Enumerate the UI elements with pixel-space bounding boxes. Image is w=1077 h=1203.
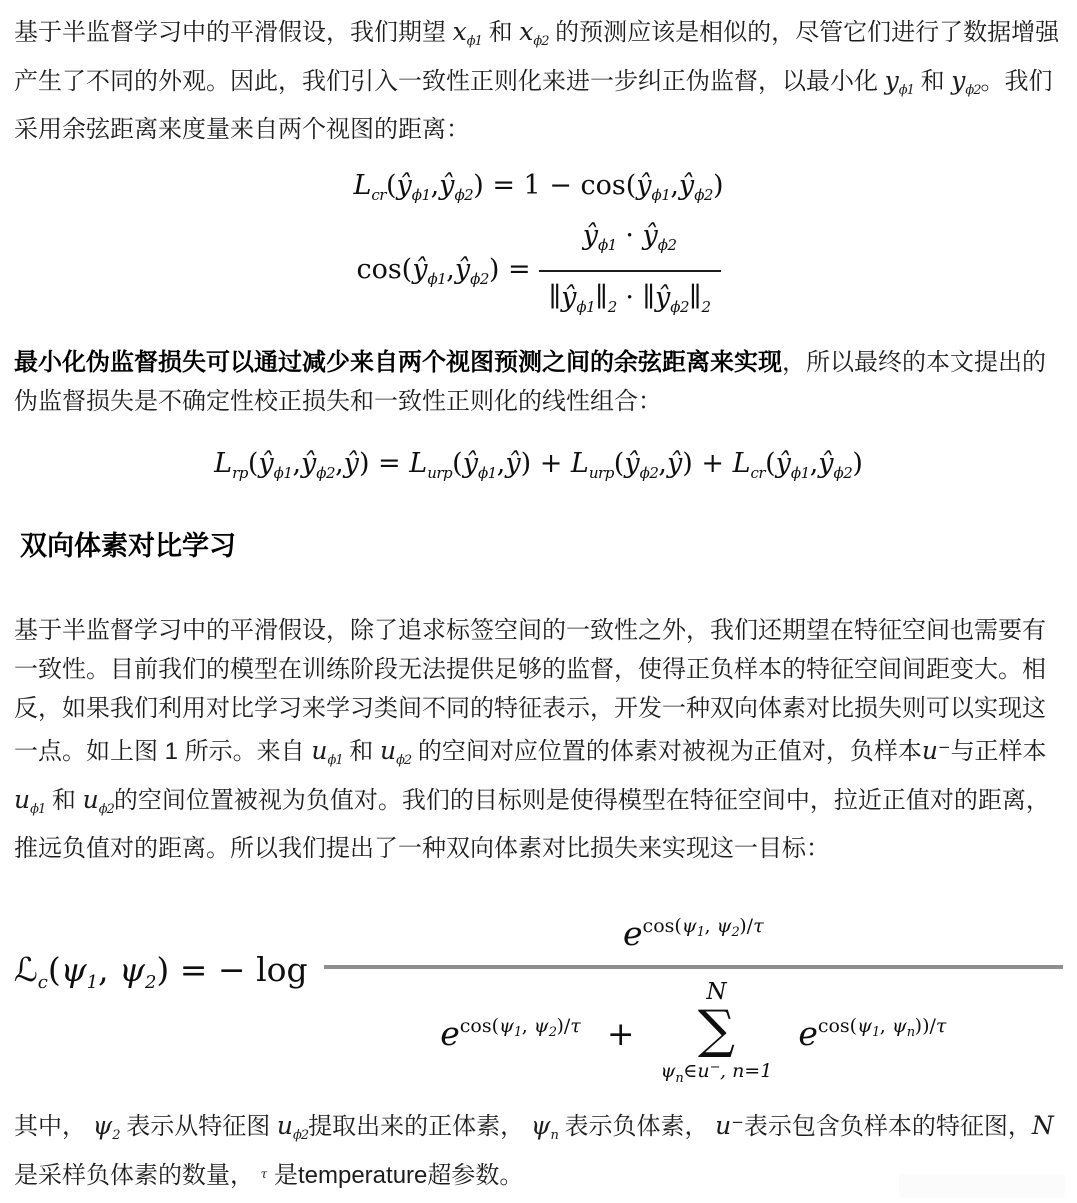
- fraction: ŷϕ1 · ŷϕ2∥ŷϕ1∥2 · ∥ŷϕ2∥2: [539, 215, 721, 327]
- math-sub: 2: [145, 972, 156, 993]
- bold-claim: 最小化伪监督损失可以通过减少来自两个视图预测之间的余弦距离来实现: [14, 349, 782, 376]
- den-term-1: ecos(ψ1, ψ2)/τ: [440, 1014, 581, 1053]
- equation-contrastive-loss: ℒc(ψ1, ψ2) = − log ecos(ψ1, ψ2)/τ ecos(ψ…: [14, 908, 1063, 1085]
- math-sub: ϕ1: [899, 83, 914, 98]
- math-sub: 2: [608, 298, 617, 316]
- math-var: x: [519, 17, 533, 46]
- exponent: cos(ψ1, ψn))/τ: [818, 1016, 947, 1037]
- math-token: L: [353, 170, 371, 201]
- math-token: ) +: [682, 448, 732, 479]
- math-token: ∥: [595, 282, 607, 313]
- article-page: 基于半监督学习中的平滑假设，我们期望 xϕ1 和 xϕ2 的预测应该是相似的，尽…: [0, 0, 1077, 1203]
- math-sub: ϕ2: [640, 464, 659, 482]
- text-run: 和: [914, 68, 951, 95]
- math-var: ψ: [531, 1111, 551, 1140]
- text-run: 与正样本: [951, 738, 1047, 765]
- text-run: 其中，: [14, 1113, 93, 1140]
- math-token: ,: [446, 254, 455, 285]
- summation: N∑ψn∈u−, n=1: [660, 981, 772, 1085]
- text-run: 表示包含负样本的特征图，: [744, 1113, 1032, 1140]
- text-run: 和: [343, 738, 380, 765]
- math-sub: ϕ1: [478, 464, 497, 482]
- equation-line: Lcr(ŷϕ1,ŷϕ2) = 1 − cos(ŷϕ1,ŷϕ2): [14, 165, 1063, 215]
- math-token: ) =: [359, 448, 409, 479]
- math-token: ,: [335, 448, 344, 479]
- math-var: u: [922, 736, 938, 765]
- equation-lhs: ℒc(ψ1, ψ2) = − log: [14, 950, 308, 993]
- math-token: ψ: [682, 915, 697, 937]
- math-token: ,: [670, 170, 679, 201]
- math-sub: ϕ2: [670, 298, 689, 316]
- sum-lower-limit: ψn∈u−, n=1: [660, 1061, 772, 1085]
- math-var: u: [14, 785, 30, 814]
- math-token: τ: [753, 915, 764, 937]
- math-var: u: [380, 736, 396, 765]
- section-heading: 双向体素对比学习: [20, 529, 1063, 563]
- math-sup: −: [938, 738, 951, 756]
- math-token: ,: [704, 915, 716, 937]
- script-L: ℒ: [14, 950, 38, 989]
- math-token: ŷ: [344, 448, 359, 479]
- math-token: cos(: [460, 1015, 499, 1037]
- math-sub: 2: [702, 298, 711, 316]
- math-token: ψ: [534, 1015, 549, 1037]
- math-sub: c: [38, 972, 48, 993]
- math-sub: ϕ2: [454, 186, 473, 204]
- math-sub: ϕ1: [428, 270, 447, 288]
- math-token: u: [697, 1060, 709, 1082]
- text-run: 表示负体素，: [558, 1113, 715, 1140]
- text-run: 是temperature超参数。: [267, 1162, 523, 1189]
- text-run: 提取出来的正体素，: [308, 1113, 531, 1140]
- math-token: ŷ: [397, 170, 412, 201]
- fraction-denominator: ∥ŷϕ1∥2 · ∥ŷϕ2∥2: [539, 272, 721, 327]
- math-token: ŷ: [642, 220, 657, 251]
- equation-cosine-distance: Lcr(ŷϕ1,ŷϕ2) = 1 − cos(ŷϕ1,ŷϕ2) cos(ŷϕ1,…: [14, 165, 1063, 327]
- math-var: u: [715, 1111, 731, 1140]
- math-token: L: [733, 448, 751, 479]
- math-sub: cr: [751, 464, 766, 482]
- exponent: cos(ψ1, ψ2)/τ: [460, 1016, 581, 1037]
- math-sub: n: [550, 1128, 557, 1143]
- math-token: e: [798, 1014, 818, 1053]
- math-sub: ϕ1: [30, 802, 45, 817]
- math-token: ŷ: [439, 170, 454, 201]
- math-token: ŷ: [636, 170, 651, 201]
- math-token: ) =: [489, 254, 531, 285]
- math-token: ŷ: [655, 282, 670, 313]
- text-run: 和: [482, 19, 519, 46]
- math-token: ŷ: [776, 448, 791, 479]
- math-sub: ϕ2: [470, 270, 489, 288]
- equation-line: cos(ŷϕ1,ŷϕ2) =ŷϕ1 · ŷϕ2∥ŷϕ1∥2 · ∥ŷϕ2∥2: [14, 215, 1063, 327]
- math-sub: ϕ1: [412, 186, 431, 204]
- math-token: L: [214, 448, 232, 479]
- paragraph-pseudo-loss: 最小化伪监督损失可以通过减少来自两个视图预测之间的余弦距离来实现，所以最终的本文…: [14, 343, 1063, 421]
- math-sub: 1: [872, 1025, 880, 1040]
- math-token: ψ: [660, 1060, 675, 1082]
- math-token: ): [713, 170, 724, 201]
- math-sub: ϕ1: [576, 298, 595, 316]
- math-sub: ϕ1: [791, 464, 810, 482]
- plus-operator: +: [607, 1014, 635, 1053]
- math-token: )/: [739, 915, 753, 937]
- text-run: 的空间对应位置的体素对被视为正值对，负样本: [411, 738, 922, 765]
- math-var: y: [951, 66, 965, 95]
- math-sub: ϕ2: [316, 464, 335, 482]
- paragraph-consistency-intro: 基于半监督学习中的平滑假设，我们期望 xϕ1 和 xϕ2 的预测应该是相似的，尽…: [14, 12, 1063, 149]
- math-token: (: [386, 170, 397, 201]
- math-sub: ϕ1: [274, 464, 293, 482]
- math-token: ψ: [119, 950, 145, 989]
- math-token: e: [623, 914, 643, 953]
- equation-pseudo-loss: Lrp(ŷϕ1,ŷϕ2,ŷ) = Lurp(ŷϕ1,ŷ) + Lurp(ŷϕ2,…: [14, 443, 1063, 493]
- math-token: ŷ: [818, 448, 833, 479]
- math-token: ŷ: [583, 220, 598, 251]
- text-run: 表示从特征图: [120, 1113, 277, 1140]
- math-token: ŷ: [455, 254, 470, 285]
- math-token: ŷ: [561, 282, 576, 313]
- fraction-numerator: ecos(ψ1, ψ2)/τ: [324, 908, 1063, 969]
- math-var: u: [277, 1111, 293, 1140]
- big-fraction: ecos(ψ1, ψ2)/τ ecos(ψ1, ψ2)/τ + N∑ψn∈u−,…: [324, 908, 1063, 1085]
- math-token: ,: [98, 950, 119, 989]
- equation-line: Lrp(ŷϕ1,ŷϕ2,ŷ) = Lurp(ŷϕ1,ŷ) + Lurp(ŷϕ2,…: [14, 443, 1063, 493]
- sigma-symbol: ∑: [698, 1006, 735, 1055]
- math-token: ŷ: [463, 448, 478, 479]
- math-sub: ϕ1: [467, 34, 482, 49]
- math-token: cos(: [356, 254, 412, 285]
- math-sup: −: [731, 1113, 744, 1131]
- math-token: ) +: [521, 448, 571, 479]
- paragraph-contrastive-intro: 基于半监督学习中的平滑假设，除了追求标签空间的一致性之外，我们还期望在特征空间也…: [14, 611, 1063, 868]
- math-token: ) = 1 − cos(: [473, 170, 636, 201]
- math-token: ,: [522, 1015, 534, 1037]
- math-sub: rp: [232, 464, 248, 482]
- math-sub: ϕ2: [293, 1128, 308, 1143]
- den-term-2: ecos(ψ1, ψn))/τ: [798, 1014, 946, 1053]
- math-token: (: [452, 448, 463, 479]
- math-token: L: [571, 448, 589, 479]
- math-sub: ϕ2: [694, 186, 713, 204]
- math-sup: −: [710, 1060, 720, 1075]
- math-sub: ϕ1: [327, 753, 342, 768]
- text-run: 是采样负体素的数量，: [14, 1162, 261, 1189]
- math-token: (: [614, 448, 625, 479]
- text-run: 的空间位置被视为负值对。我们的目标则是使得模型在特征空间中，拉近正值对的距离，推…: [14, 787, 1050, 862]
- math-sub: urp: [427, 464, 452, 482]
- math-sub: ϕ1: [598, 236, 617, 254]
- math-token: ,: [431, 170, 440, 201]
- math-sub: cr: [371, 186, 386, 204]
- math-token: , n=1: [720, 1060, 772, 1082]
- text-run: 基于半监督学习中的平滑假设，我们期望: [14, 19, 453, 46]
- fraction-numerator: ŷϕ1 · ŷϕ2: [539, 215, 721, 272]
- math-token: (: [765, 448, 776, 479]
- math-token: L: [409, 448, 427, 479]
- math-var: y: [885, 66, 899, 95]
- math-sub: ϕ2: [396, 753, 411, 768]
- math-token: ŷ: [679, 170, 694, 201]
- math-var: x: [453, 17, 467, 46]
- math-token: ŷ: [505, 448, 520, 479]
- math-sub: 1: [514, 1025, 522, 1040]
- math-token: ψ: [857, 1015, 872, 1037]
- math-token: ψ: [499, 1015, 514, 1037]
- math-sub: n: [907, 1025, 915, 1040]
- math-sub: ϕ2: [99, 802, 114, 817]
- math-token: ∈: [683, 1060, 697, 1082]
- math-token: (: [248, 448, 259, 479]
- math-sub: 1: [87, 972, 98, 993]
- math-sub: ϕ2: [834, 464, 853, 482]
- math-token: ,: [810, 448, 819, 479]
- math-token: τ: [570, 1015, 581, 1037]
- math-token: ·: [617, 220, 643, 251]
- math-token: ψ: [717, 915, 732, 937]
- math-token: · ∥: [617, 282, 655, 313]
- math-token: ): [852, 448, 863, 479]
- math-token: ))/: [915, 1015, 936, 1037]
- math-sub: ϕ2: [965, 83, 980, 98]
- math-sub: ϕ2: [533, 34, 548, 49]
- math-token: cos(: [643, 915, 682, 937]
- math-var: u: [83, 785, 99, 814]
- math-token: cos(: [818, 1015, 857, 1037]
- math-var: N: [1032, 1111, 1054, 1140]
- math-token: ψ: [61, 950, 87, 989]
- math-var: u: [311, 736, 327, 765]
- math-token: ) = − log: [156, 950, 307, 989]
- math-token: ,: [658, 448, 667, 479]
- math-token: ŷ: [412, 254, 427, 285]
- math-token: ∥: [689, 282, 701, 313]
- math-token: )/: [556, 1015, 570, 1037]
- math-sub: 2: [112, 1128, 119, 1143]
- math-token: ,: [880, 1015, 892, 1037]
- math-token: e: [440, 1014, 460, 1053]
- math-token: ŷ: [301, 448, 316, 479]
- math-token: τ: [936, 1015, 947, 1037]
- math-token: ∥: [549, 282, 561, 313]
- math-sub: urp: [589, 464, 614, 482]
- watermark: [899, 1174, 1065, 1198]
- math-token: (: [48, 950, 61, 989]
- math-token: ŷ: [258, 448, 273, 479]
- math-token: ,: [292, 448, 301, 479]
- math-var: ψ: [93, 1111, 113, 1140]
- math-token: ψ: [892, 1015, 907, 1037]
- text-run: 和: [45, 787, 82, 814]
- exponent: cos(ψ1, ψ2)/τ: [643, 916, 764, 937]
- fraction-denominator: ecos(ψ1, ψ2)/τ + N∑ψn∈u−, n=1 ecos(ψ1, ψ…: [324, 969, 1063, 1085]
- math-token: ŷ: [624, 448, 639, 479]
- math-sub: ϕ2: [658, 236, 677, 254]
- math-token: ŷ: [667, 448, 682, 479]
- math-sub: ϕ1: [652, 186, 671, 204]
